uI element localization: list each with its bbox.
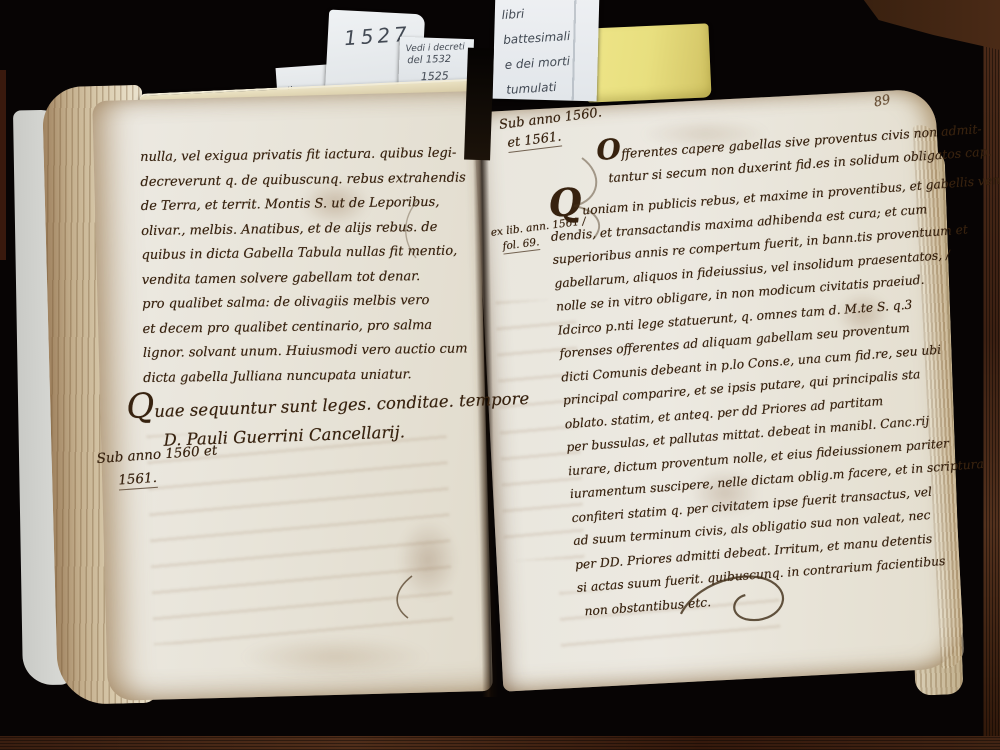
left-page-margin-note: Sub anno 1560 et 1561. [96,440,220,494]
bookmark-tab-vedi-line2: del 1532 [407,53,473,66]
book-gutter-top-shadow [464,48,494,161]
ink-flourish [386,572,420,622]
bookmark-tab-libri: libri battesimali e dei morti tumulati [493,0,600,101]
wood-table-top-right [852,0,1000,50]
margin-note-year: 1561. [118,470,158,491]
manuscript-photo: li… 1527 Vedi i decreti del 1532 1525 li… [0,0,1000,750]
ink-flourish [668,555,806,648]
ink-flourish [548,152,612,244]
wood-table-left-sliver [0,70,6,260]
manuscript-line: lignor. solvant unum. Huiusmodi vero auc… [143,337,469,366]
bookmark-tab-libri-text: libri battesimali e dei morti tumulati [501,0,599,101]
wood-table-bottom [0,736,1000,750]
left-page-body-text: nulla, vel exigua privatis fit iactura. … [140,141,469,391]
bookmark-tab-yellow [584,23,711,102]
ink-flourish [396,196,424,262]
ink-stain [240,636,430,678]
right-page-body-text: Quoniam in publicis rebus, et maxime in … [548,163,1000,624]
manuscript-line: dicta gabella Julliana nuncupata uniatur… [143,362,469,391]
bookmark-tab-libri-line4: tumulati [506,72,600,101]
